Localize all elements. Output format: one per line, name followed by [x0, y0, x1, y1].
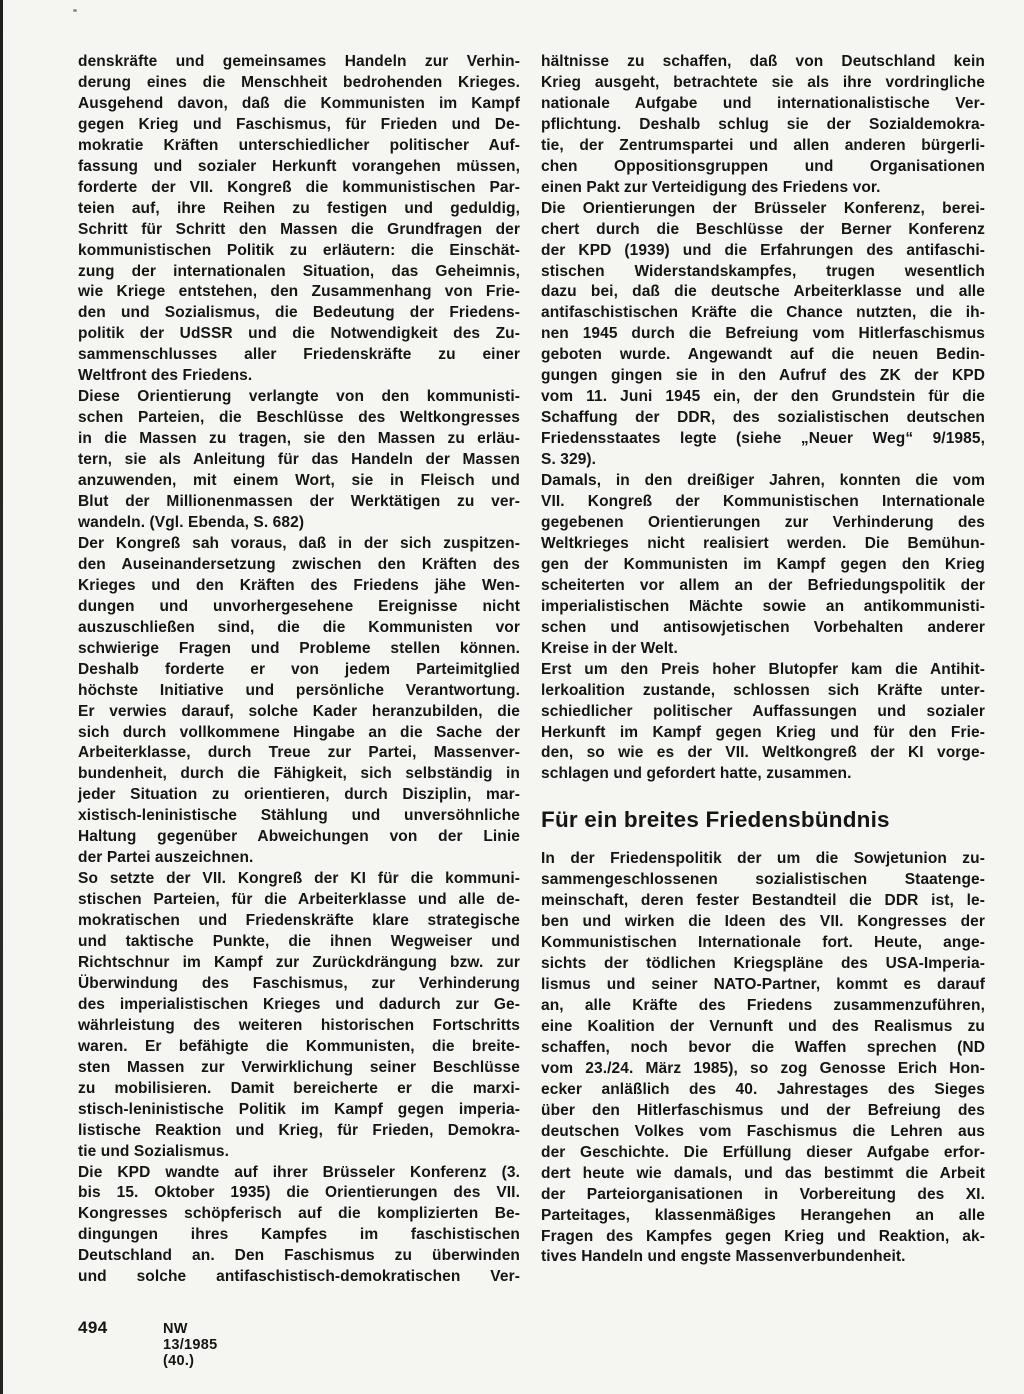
text-line: Haltung gegenüber Abweichungen von der L… [78, 827, 520, 848]
section-heading: Für ein breites Friedensbündnis [541, 806, 985, 834]
text-line: zung der internationalen Situation, das … [78, 262, 520, 283]
text-line: einen Pakt zur Verteidigung des Friedens… [541, 178, 985, 199]
text-line: dingungen ihres Kampfes im faschistische… [78, 1225, 520, 1246]
text-line: gen der Kommunisten im Kampf gegen den K… [541, 555, 985, 576]
text-line: gegen Krieg und Faschismus, für Frieden … [78, 115, 520, 136]
text-line: mokratie Kräften unterschiedlicher polit… [78, 136, 520, 157]
text-line: Die Orientierungen der Brüsseler Konfere… [541, 199, 985, 220]
text-line: dert heute wie damals, und das bestimmt … [541, 1164, 985, 1185]
text-line: schlagen und gefordert hatte, zusammen. [541, 764, 985, 785]
text-line: schiedlicher politischer Auffassungen un… [541, 702, 985, 723]
text-line: schwierige Fragen und Probleme stellen k… [78, 639, 520, 660]
text-line: auszuschließen sind, die die Kommunisten… [78, 618, 520, 639]
text-line: Die KPD wandte auf ihrer Brüsseler Konfe… [78, 1163, 520, 1184]
text-line: schen Parteien, die Beschlüsse des Weltk… [78, 408, 520, 429]
text-line: hältnisse zu schaffen, daß von Deutschla… [541, 52, 985, 73]
text-line: den, so wie es der VII. Weltkongreß der … [541, 743, 985, 764]
text-line: Der Kongreß sah voraus, daß in der sich … [78, 534, 520, 555]
text-line: Blut der Millionenmassen der Werktätigen… [78, 492, 520, 513]
text-line: Arbeiterklasse, durch Treue zur Partei, … [78, 743, 520, 764]
text-line: Deshalb forderte er von jedem Parteimitg… [78, 660, 520, 681]
text-line: chert durch die Beschlüsse der Berner Ko… [541, 220, 985, 241]
text-line: lismus und seiner NATO-Partner, kommt es… [541, 975, 985, 996]
text-line: Schritt für Schritt den Massen die Grund… [78, 220, 520, 241]
text-line: Kongresses schöpferisch auf die komplizi… [78, 1204, 520, 1225]
text-line: an, alle Kräfte des Friedens zusammenzuf… [541, 996, 985, 1017]
text-line: Krieg ausgeht, betrachtete sie als ihre … [541, 73, 985, 94]
text-line: zu mobilisieren. Damit bereicherte er di… [78, 1079, 520, 1100]
text-line: Kreise in der Welt. [541, 639, 985, 660]
text-line: Schaffung der DDR, des sozialistischen d… [541, 408, 985, 429]
text-line: antifaschistischen Kräfte die Chance nut… [541, 303, 985, 324]
text-line: nen 1945 durch die Befreiung vom Hitlerf… [541, 324, 985, 345]
text-line: vom 11. Juni 1945 ein, der den Grundstei… [541, 387, 985, 408]
text-line: sich durch vollkommene Hingabe an die Sa… [78, 723, 520, 744]
text-line: gegebenen Orientierungen zur Verhinderun… [541, 513, 985, 534]
text-line: bis 15. Oktober 1935) die Orientierungen… [78, 1183, 520, 1204]
text-line: Parteitages, klassenmäßiges Herangehen a… [541, 1206, 985, 1227]
text-line: scheiterten vor allem an der Befriedungs… [541, 576, 985, 597]
text-line: der Partei auszeichnen. [78, 848, 520, 869]
text-line: vom 23./24. März 1985), so zog Genosse E… [541, 1059, 985, 1080]
text-line: Herkunft im Kampf gegen Krieg und für de… [541, 723, 985, 744]
text-line: und taktische Punkte, die ihnen Wegweise… [78, 932, 520, 953]
text-line: in die Massen zu tragen, sie den Massen … [78, 429, 520, 450]
text-line: forderte der VII. Kongreß die kommunisti… [78, 178, 520, 199]
text-line: über den Hitlerfaschismus und der Befrei… [541, 1101, 985, 1122]
text-line: teien auf, ihre Reihen zu festigen und g… [78, 199, 520, 220]
text-line: Kommunistischen Internationale fort. Heu… [541, 933, 985, 954]
text-line: Fragen des Kampfes gegen Krieg und Reakt… [541, 1227, 985, 1248]
text-line: wie Kriege entstehen, den Zusammenhang v… [78, 282, 520, 303]
text-line: und solche antifaschistisch-demokratisch… [78, 1267, 520, 1288]
text-line: sten Massen zur Verwirklichung seiner Be… [78, 1058, 520, 1079]
text-line: ben und wirken die Ideen des VII. Kongre… [541, 912, 985, 933]
scanned-document-page: { "page": { "background": "#f5f5f2", "te… [0, 0, 1024, 1394]
text-line: wandeln. (Vgl. Ebenda, S. 682) [78, 513, 520, 534]
text-line: xistisch-leninistische Stählung und unve… [78, 806, 520, 827]
text-line: der Parteiorganisationen in Vorbereitung… [541, 1185, 985, 1206]
text-column-right: hältnisse zu schaffen, daß von Deutschla… [541, 52, 985, 1268]
text-line: mokratischen und Friedenskräfte klare st… [78, 911, 520, 932]
text-line: Überwindung des Faschismus, zur Verhinde… [78, 974, 520, 995]
text-line: Friedensstaates legte (siehe „Neuer Weg“… [541, 429, 985, 450]
text-line: chen Oppositionsgruppen und Organisation… [541, 157, 985, 178]
text-line: Diese Orientierung verlangte von den kom… [78, 387, 520, 408]
text-line: In der Friedenspolitik der um die Sowjet… [541, 849, 985, 870]
text-line: pflichtung. Deshalb schlug sie der Sozia… [541, 115, 985, 136]
text-line: jeder Situation zu orientieren, durch Di… [78, 785, 520, 806]
text-line: schen und antisowjetischen Vorbehalten a… [541, 618, 985, 639]
text-line: kommunistischen Politik zu erläutern: di… [78, 241, 520, 262]
text-line: Deutschland an. Den Faschismus zu überwi… [78, 1246, 520, 1267]
text-line: des imperialistischen Krieges und dadurc… [78, 995, 520, 1016]
text-line: tives Handeln und engste Massenverbunden… [541, 1247, 985, 1268]
text-line: höchste Initiative und persönliche Veran… [78, 681, 520, 702]
text-line: dungen und unvorhergesehene Ereignisse n… [78, 597, 520, 618]
text-line: fassung und sozialer Herkunft vorangehen… [78, 157, 520, 178]
text-line: bundenheit, durch die Fähigkeit, sich se… [78, 764, 520, 785]
text-line: So setzte der VII. Kongreß der KI für di… [78, 869, 520, 890]
text-line: sammengeschlossenen sozialistischen Staa… [541, 870, 985, 891]
text-line: deutschen Volkes vom Faschismus die Lehr… [541, 1122, 985, 1143]
text-line: schaffen, noch bevor die Waffen sprechen… [541, 1038, 985, 1059]
text-line: den und Sozialismus, die Bedeutung der F… [78, 303, 520, 324]
text-column-left: denskräfte und gemeinsames Handeln zur V… [78, 52, 520, 1288]
text-line: den Auseinandersetzung zwischen den Kräf… [78, 555, 520, 576]
text-line: denskräfte und gemeinsames Handeln zur V… [78, 52, 520, 73]
text-line: politik der UdSSR und die Notwendigkeit … [78, 324, 520, 345]
text-line: Weltkrieges nicht realisiert werden. Die… [541, 534, 985, 555]
text-line: tie, der Zentrumspartei und allen andere… [541, 136, 985, 157]
text-line: währleistung des weiteren historischen F… [78, 1016, 520, 1037]
page-number: 494 [78, 1318, 108, 1338]
text-line: stisch-leninistische Politik im Kampf ge… [78, 1100, 520, 1121]
scan-artifact [73, 9, 77, 12]
text-line: nationale Aufgabe und internationalistis… [541, 94, 985, 115]
text-line: meinschaft, deren fester Bestandteil die… [541, 891, 985, 912]
text-line: Richtschnur im Kampf zur Zurückdrängung … [78, 953, 520, 974]
text-line: gungen gingen sie in den Aufruf des ZK d… [541, 366, 985, 387]
text-line: Er verwies darauf, solche Kader heranzub… [78, 702, 520, 723]
scan-left-edge [0, 0, 3, 1394]
text-line: Ausgehend davon, daß die Kommunisten im … [78, 94, 520, 115]
text-line: derung eines die Menschheit bedrohenden … [78, 73, 520, 94]
text-line: S. 329). [541, 450, 985, 471]
text-line: listische Reaktion und Krieg, für Friede… [78, 1121, 520, 1142]
text-line: tie und Sozialismus. [78, 1142, 520, 1163]
text-line: waren. Er befähigte die Kommunisten, die… [78, 1037, 520, 1058]
text-line: tern, sie als Anleitung für das Handeln … [78, 450, 520, 471]
text-line: sichts der tödlichen Kriegspläne des USA… [541, 954, 985, 975]
text-line: stischen Widerstandskampfes, trugen wese… [541, 262, 985, 283]
text-line: Krieges und den Kräften des Friedens jäh… [78, 576, 520, 597]
text-line: der KPD (1939) und die Erfahrungen des a… [541, 241, 985, 262]
text-line: geboten wurde. Angewandt auf die neuen B… [541, 345, 985, 366]
text-line: Weltfront des Friedens. [78, 366, 520, 387]
text-line: Erst um den Preis hoher Blutopfer kam di… [541, 660, 985, 681]
issue-label: NW 13/1985 (40.) [163, 1321, 218, 1369]
text-line: VII. Kongreß der Kommunistischen Interna… [541, 492, 985, 513]
text-line: stischen Parteien, für die Arbeiterklass… [78, 890, 520, 911]
text-line: der Geschichte. Die Erfüllung dieser Auf… [541, 1143, 985, 1164]
text-line: ecker anläßlich des 40. Jahrestages des … [541, 1080, 985, 1101]
text-line: eine Koalition der Vernunft und des Real… [541, 1017, 985, 1038]
text-line: Damals, in den dreißiger Jahren, konnten… [541, 471, 985, 492]
text-line: dazu bei, daß die deutsche Arbeiterklass… [541, 282, 985, 303]
text-line: imperialistischen Mächte sowie an antiko… [541, 597, 985, 618]
text-line: lerkoalition zustande, schlossen sich Kr… [541, 681, 985, 702]
text-line: sammenschlusses aller Friedenskräfte zu … [78, 345, 520, 366]
text-line: anzuwenden, mit einem Wort, sie in Fleis… [78, 471, 520, 492]
